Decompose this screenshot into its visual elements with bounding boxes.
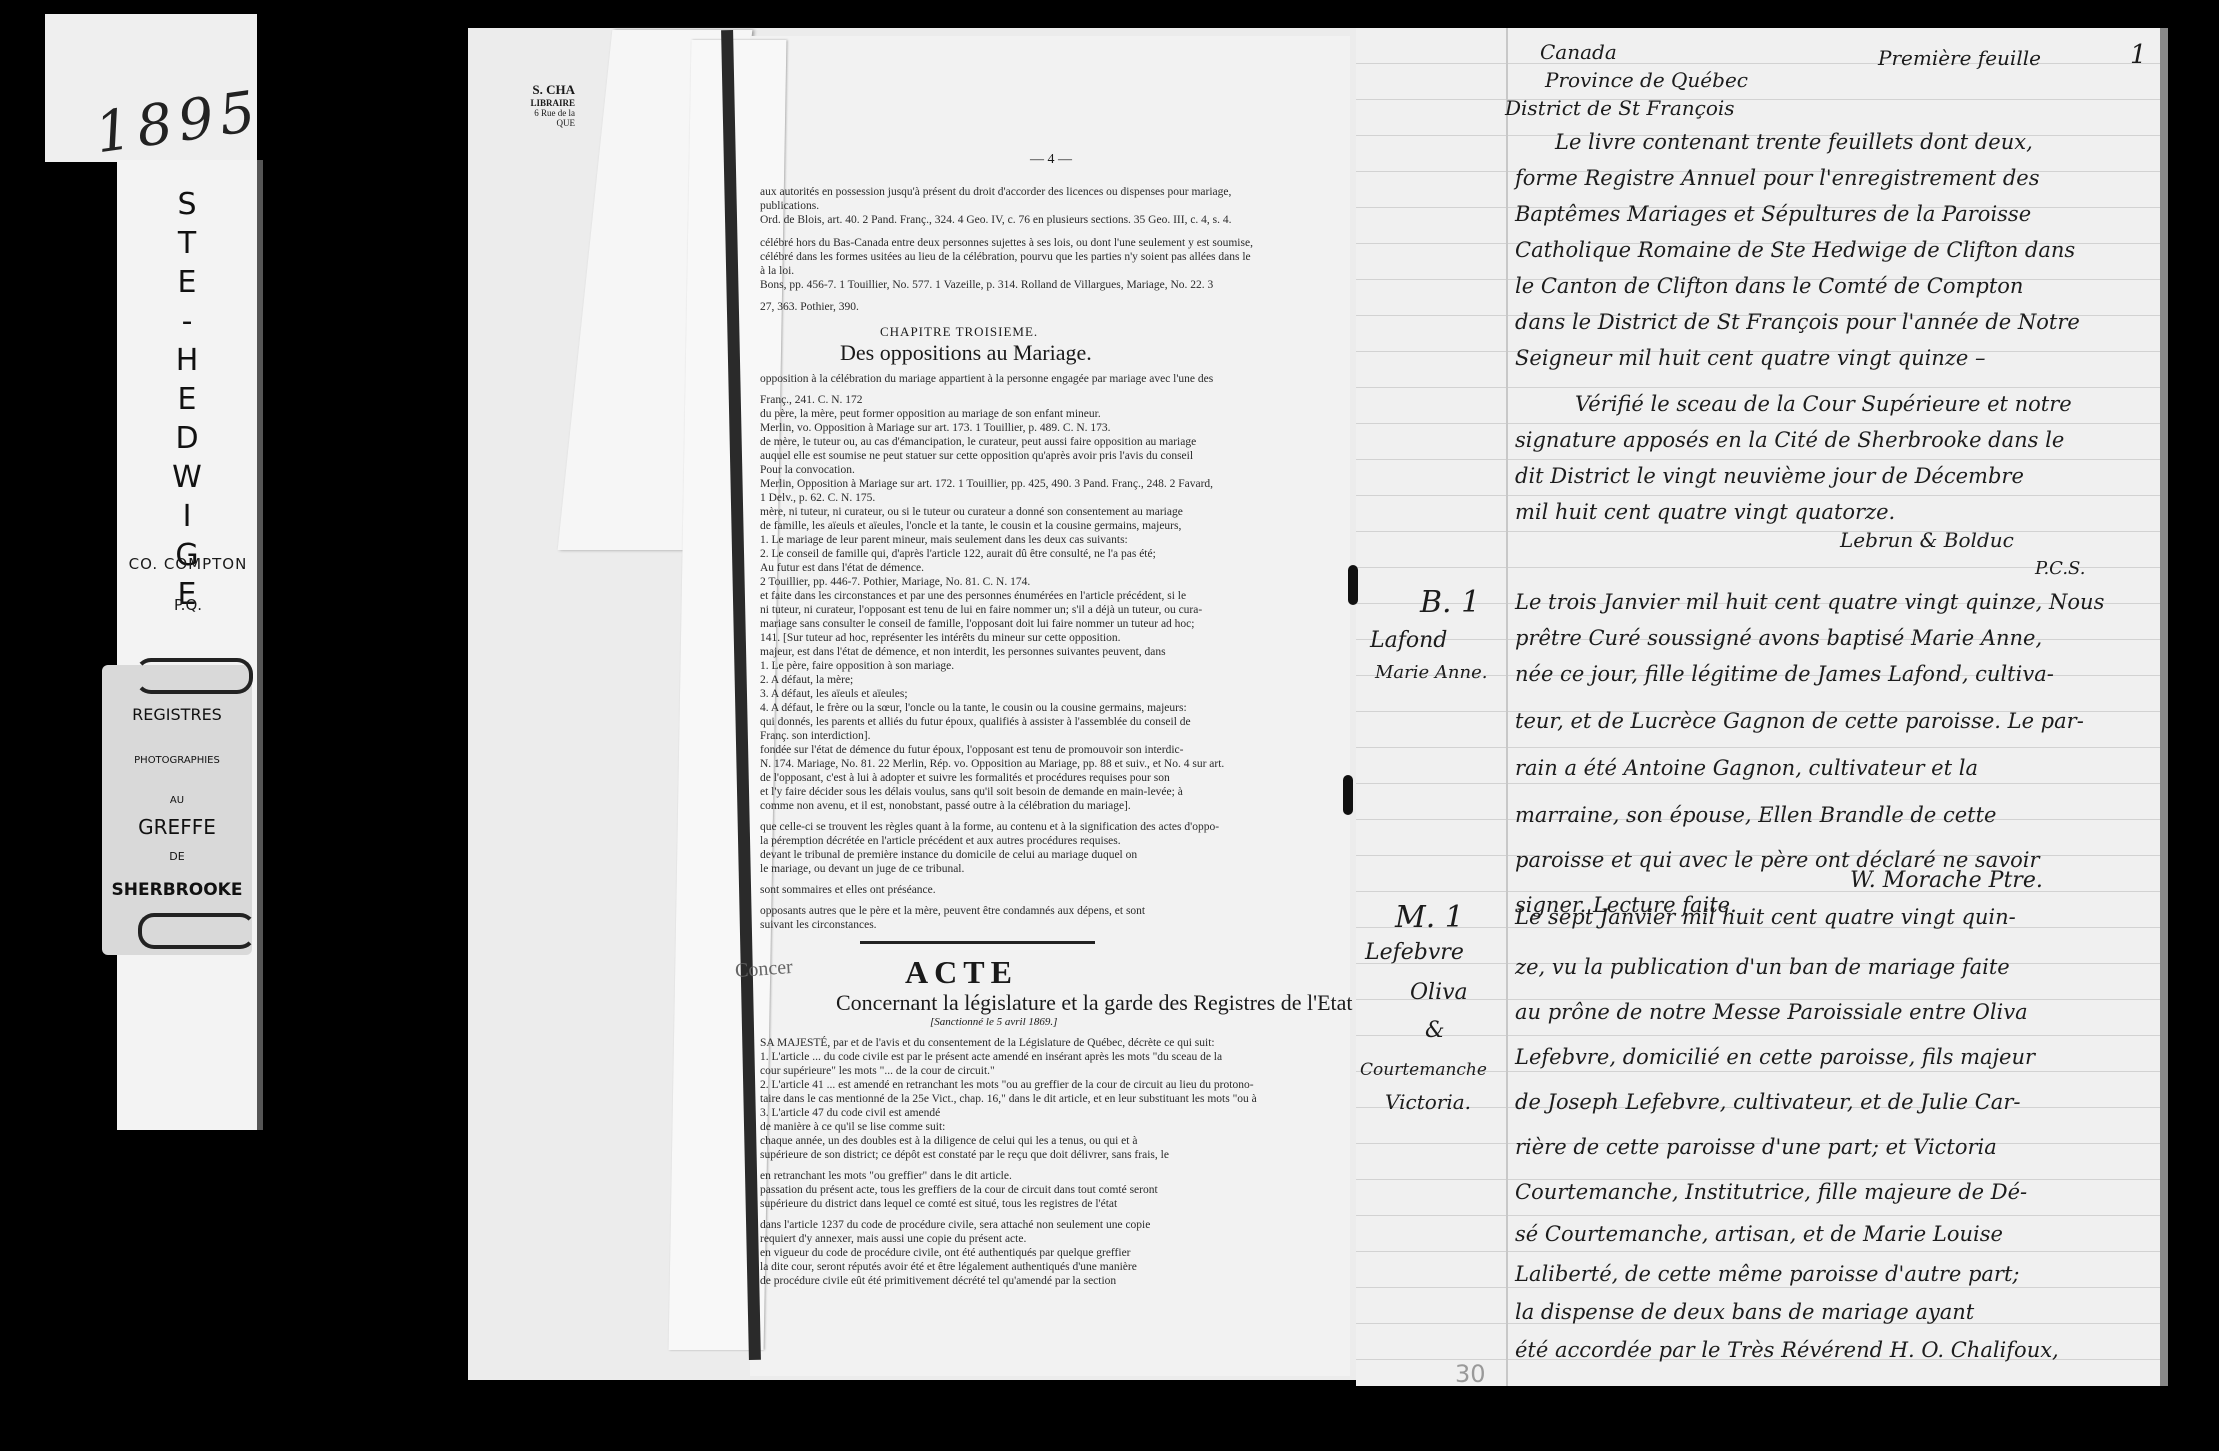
entry-line: rière de cette paroisse d'une part; et V…: [1515, 1135, 1997, 1159]
print-line: du père, la mère, peut former opposition…: [760, 407, 1345, 422]
print-line: requiert d'y annexer, mais aussi une cop…: [760, 1232, 1345, 1247]
entry-surname: Lafond: [1370, 628, 1447, 653]
intro-line: Vérifié le sceau de la Cour Supérieure e…: [1575, 392, 2072, 416]
acte-partial-title: Concer: [734, 956, 793, 983]
entry-given-name-2: Victoria.: [1385, 1090, 1471, 1114]
print-line: de famille, les aïeuls et aïeules, l'onc…: [760, 519, 1345, 534]
intro-line: dans le District de St François pour l'a…: [1515, 310, 2080, 334]
entry-ampersand: &: [1425, 1018, 1445, 1043]
print-line: célébré dans les formes usitées au lieu …: [760, 250, 1345, 265]
entry-code: M. 1: [1395, 900, 1464, 935]
entry-line: sé Courtemanche, artisan, et de Marie Lo…: [1515, 1222, 2003, 1246]
entry-surname: Lefebvre: [1365, 940, 1464, 965]
entry-line: été accordée par le Très Révérend H. O. …: [1515, 1338, 2059, 1362]
intro-signature: Lebrun & Bolduc: [1840, 528, 2014, 552]
print-line: la dite cour, seront réputés avoir été e…: [760, 1260, 1345, 1275]
print-line: et faite dans les circonstances et par u…: [760, 589, 1345, 604]
clip-line: PHOTOGRAPHIES: [102, 755, 252, 766]
province-label: P.Q.: [118, 596, 258, 614]
print-line: publications.: [760, 199, 1345, 214]
clip-line: AU: [102, 795, 252, 806]
entry-line: Le trois Janvier mil huit cent quatre vi…: [1515, 590, 2104, 614]
print-line: mariage sans consulter le conseil de fam…: [760, 617, 1345, 632]
entry-line: Courtemanche, Institutrice, fille majeur…: [1515, 1180, 2027, 1204]
print-line: le mariage, ou devant un juge de ce trib…: [760, 862, 1345, 877]
print-line: Merlin, Opposition à Mariage sur art. 17…: [760, 477, 1345, 492]
print-line: et l'y faire décider sous les délais vou…: [760, 785, 1345, 800]
acte-subtitle: Concernant la législature et la garde de…: [836, 990, 1408, 1016]
print-line: aux autorités en possession jusqu'à prés…: [760, 185, 1345, 200]
print-line: en retranchant les mots "ou greffier" da…: [760, 1169, 1345, 1184]
print-line: 2. Le conseil de famille qui, d'après l'…: [760, 547, 1345, 562]
print-line: chaque année, un des doubles est à la di…: [760, 1134, 1345, 1149]
print-line: cour supérieure" les mots "... de la cou…: [760, 1064, 1345, 1079]
entry-given-name: Oliva: [1410, 980, 1468, 1005]
header-country: Canada: [1540, 40, 1617, 64]
print-line: 2. A défaut, la mère;: [760, 673, 1345, 688]
print-line: célébré hors du Bas-Canada entre deux pe…: [760, 236, 1345, 251]
entry-line: de Joseph Lefebvre, cultivateur, et de J…: [1515, 1090, 2020, 1114]
print-line: 4. A défaut, le frère ou la sœur, l'oncl…: [760, 701, 1345, 716]
print-line: opposition à la célébration du mariage a…: [760, 372, 1345, 387]
print-line: 1. L'article ... du code civile est par …: [760, 1050, 1345, 1065]
clip-line: REGISTRES: [102, 705, 252, 724]
county-label: CO. COMPTON: [118, 555, 258, 573]
header-folio: Première feuille: [1878, 46, 2041, 70]
print-line: auquel elle est soumise ne peut statuer …: [760, 449, 1345, 464]
print-line: dans l'article 1237 du code de procédure…: [760, 1218, 1345, 1233]
paperclip-icon: [138, 913, 256, 949]
entry-line: marraine, son épouse, Ellen Brandle de c…: [1515, 803, 1996, 827]
print-line: devant le tribunal de première instance …: [760, 848, 1345, 863]
acte-title: ACTE: [905, 954, 1018, 991]
print-line: de mère, le tuteur ou, au cas d'émancipa…: [760, 435, 1345, 450]
print-line: sont sommaires et elles ont préséance.: [760, 883, 1345, 898]
print-line: taire dans le cas mentionné de la 25e Vi…: [760, 1092, 1345, 1107]
print-line: 141. [Sur tuteur ad hoc, représenter les…: [760, 631, 1345, 646]
entry-line: Lefebvre, domicilié en cette paroisse, f…: [1515, 1045, 2035, 1069]
print-line: que celle-ci se trouvent les règles quan…: [760, 820, 1345, 835]
print-line: de l'opposant, c'est à lui à adopter et …: [760, 771, 1345, 786]
print-line: passation du présent acte, tous les gref…: [760, 1183, 1345, 1198]
intro-line: mil huit cent quatre vingt quatorze.: [1515, 500, 1895, 524]
header-province: Province de Québec: [1545, 68, 1748, 92]
intro-line: Baptêmes Mariages et Sépultures de la Pa…: [1515, 202, 2031, 226]
print-line: ni tuteur, ni curateur, l'opposant est t…: [760, 603, 1345, 618]
page-edge: [2160, 28, 2168, 1386]
intro-line: Le livre contenant trente feuillets dont…: [1555, 130, 2033, 154]
chapter-title: Des oppositions au Mariage.: [840, 340, 1092, 366]
print-line: 2. L'article 41 ... est amendé en retran…: [760, 1078, 1345, 1093]
print-line: 3. L'article 47 du code civil est amendé: [760, 1106, 1345, 1121]
section-rule: [860, 941, 1095, 944]
print-line: Merlin, vo. Opposition à Mariage sur art…: [760, 421, 1345, 436]
chapter-heading: CHAPITRE TROISIEME.: [880, 324, 1038, 340]
print-line: à la loi.: [760, 264, 1345, 279]
entry-code: B. 1: [1420, 585, 1480, 620]
print-line: la péremption décrétée en l'article préc…: [760, 834, 1345, 849]
entry-line: prêtre Curé soussigné avons baptisé Mari…: [1515, 626, 2042, 650]
print-line: de manière à ce qu'il se lise comme suit…: [760, 1120, 1345, 1135]
print-line: 1 Delv., p. 62. C. N. 175.: [760, 491, 1345, 506]
entry-line: la dispense de deux bans de mariage ayan…: [1515, 1300, 1974, 1324]
bookseller-stamp: S. CHA LIBRAIRE 6 Rue de la QUE: [505, 82, 575, 128]
print-line: 27, 363. Pothier, 390.: [760, 300, 1345, 315]
parish-name-vertical: S T E - H E D W I G E: [117, 185, 257, 614]
print-line: Bons, pp. 456-7. 1 Touillier, No. 577. 1…: [760, 278, 1345, 293]
entry-line: née ce jour, fille légitime de James Laf…: [1515, 662, 2054, 686]
print-line: Franç., 241. C. N. 172: [760, 393, 1345, 408]
print-line: 2 Touillier, pp. 446-7. Pothier, Mariage…: [760, 575, 1345, 590]
print-line: en vigueur du code de procédure civile, …: [760, 1246, 1345, 1261]
entry-line: ze, vu la publication d'un ban de mariag…: [1515, 955, 2010, 979]
print-line: Au futur est dans l'état de démence.: [760, 561, 1345, 576]
intro-line: le Canton de Clifton dans le Comté de Co…: [1515, 274, 2023, 298]
print-line: Franç. son interdiction].: [760, 729, 1345, 744]
print-line: 1. Le père, faire opposition à son maria…: [760, 659, 1345, 674]
entry-line: teur, et de Lucrèce Gagnon de cette paro…: [1515, 709, 2084, 733]
intro-line: dit District le vingt neuvième jour de D…: [1515, 464, 2024, 488]
intro-line: Catholique Romaine de Ste Hedwige de Cli…: [1515, 238, 2075, 262]
ink-blot: [1343, 775, 1353, 815]
print-line: opposants autres que le père et la mère,…: [760, 904, 1345, 919]
ink-blot: [1348, 565, 1358, 605]
paperclip-icon: [135, 658, 253, 694]
print-line: 1. Le mariage de leur parent mineur, mai…: [760, 533, 1345, 548]
margin-rule: [1506, 28, 1508, 1386]
intro-signature-title: P.C.S.: [2035, 558, 2085, 579]
print-line: qui donnés, les parents et alliés du fut…: [760, 715, 1345, 730]
intro-line: Seigneur mil huit cent quatre vingt quin…: [1515, 346, 1986, 370]
acte-date: [Sanctionné le 5 avril 1869.]: [930, 1016, 1057, 1028]
print-line: supérieure du district dans lequel ce co…: [760, 1197, 1345, 1212]
clip-line: DE: [102, 850, 252, 863]
print-line: de procédure civile eût été primitivemen…: [760, 1274, 1345, 1289]
intro-line: forme Registre Annuel pour l'enregistrem…: [1515, 166, 2040, 190]
printed-page-number: — 4 —: [1030, 152, 1072, 168]
print-line: N. 174. Mariage, No. 81. 22 Merlin, Rép.…: [760, 757, 1345, 772]
entry-given-name: Marie Anne.: [1375, 662, 1487, 683]
page-number: 1: [2130, 40, 2147, 70]
entry-surname-2: Courtemanche: [1360, 1060, 1487, 1080]
clip-line: GREFFE: [102, 815, 252, 839]
print-line: Pour la convocation.: [760, 463, 1345, 478]
print-line: mère, ni tuteur, ni curateur, ou si le t…: [760, 505, 1345, 520]
entry-line: rain a été Antoine Gagnon, cultivateur e…: [1515, 756, 1978, 780]
print-line: 3. A défaut, les aïeuls et aïeules;: [760, 687, 1345, 702]
print-line: comme non avenu, et il est, nonobstant, …: [760, 799, 1345, 814]
entry-signature: W. Morache Ptre.: [1850, 868, 2043, 893]
entry-line: Laliberté, de cette même paroisse d'autr…: [1515, 1262, 2019, 1286]
print-line: fondée sur l'état de démence du futur ép…: [760, 743, 1345, 758]
print-line: Ord. de Blois, art. 40. 2 Pand. Franç., …: [760, 213, 1345, 228]
intro-line: signature apposés en la Cité de Sherbroo…: [1515, 428, 2064, 452]
entry-line: au prône de notre Messe Paroissiale entr…: [1515, 1000, 2028, 1024]
clip-line: SHERBROOKE: [102, 880, 252, 900]
entry-line: Le sept Janvier mil huit cent quatre vin…: [1515, 905, 2016, 929]
folio-number: 30: [1455, 1360, 1486, 1388]
print-line: supérieure de son district; ce dépôt est…: [760, 1148, 1345, 1163]
print-line: suivant les circonstances.: [760, 918, 1345, 933]
header-district: District de St François: [1505, 96, 1735, 120]
print-line: majeur, est dans l'état de démence, et n…: [760, 645, 1345, 660]
print-line: SA MAJESTÉ, par et de l'avis et du conse…: [760, 1036, 1345, 1051]
